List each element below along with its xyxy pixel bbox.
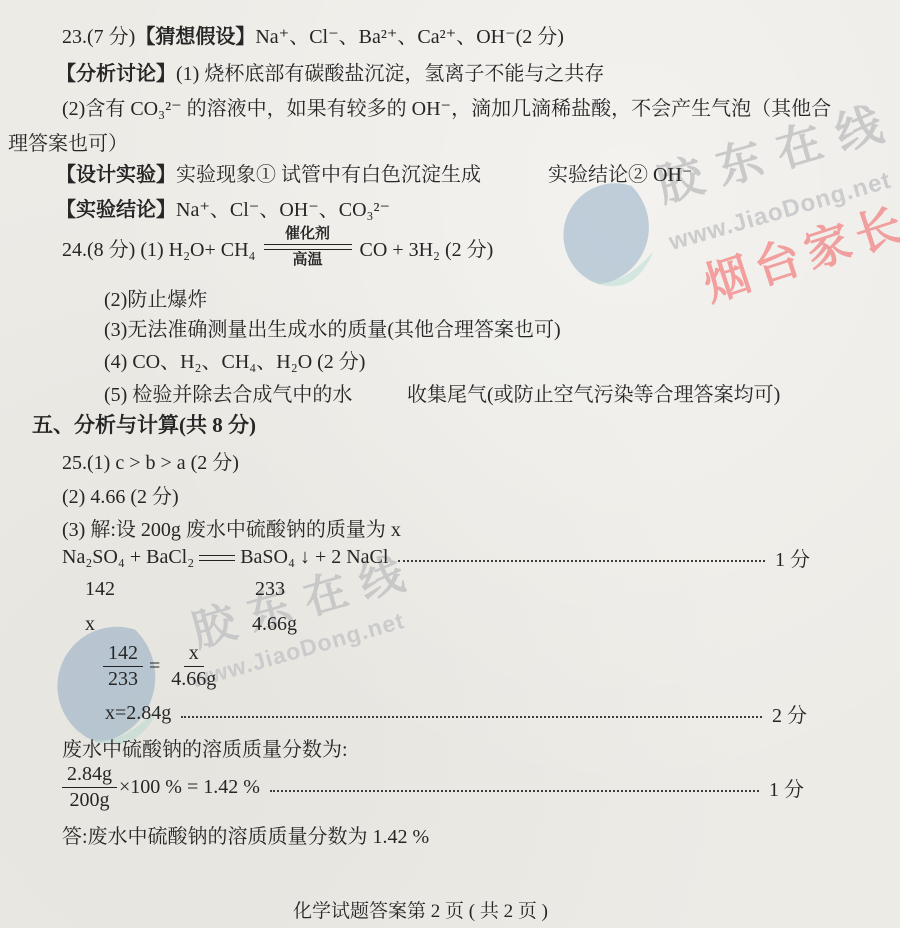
q24-answer-2: (2)防止爆炸 xyxy=(104,283,207,312)
q25-equation-rhs: BaSO₄ ↓ + 2 NaCl xyxy=(240,546,388,569)
fraction-numerator: 2.84g xyxy=(62,762,117,788)
molar-mass-233: 233 xyxy=(255,578,285,601)
q24-equation-line: 24.(8 分) (1) H₂O+ CH₄ 催化剂 高温 CO + 3H₂ (2… xyxy=(62,221,493,273)
q25-answer-2: (2) 4.66 (2 分) xyxy=(62,480,179,509)
q23-design-line: 【设计实验】实验现象① 试管中有白色沉淀生成 xyxy=(56,158,481,187)
section-5-title: 五、分析与计算(共 8 分) xyxy=(32,409,256,439)
q24-answer-3: (3)无法准确测量出生成水的质量(其他合理答案也可) xyxy=(104,313,561,342)
fraction-284-200: 2.84g 200g xyxy=(62,762,117,813)
score-badge: 2 分 xyxy=(772,699,807,728)
jiaodong-logo-icon xyxy=(551,171,659,299)
q23-conclusion-line: 【实验结论】Na⁺、Cl⁻、OH⁻、CO₃²⁻ xyxy=(56,193,390,222)
fraction-denominator: 233 xyxy=(103,667,143,692)
q24-answer-4: (4) CO、H₂、CH₄、H₂O (2 分) xyxy=(104,345,365,374)
q23-number: 23.(7 分) xyxy=(62,26,135,48)
fraction-numerator: 142 xyxy=(103,641,143,667)
watermark-url-text: www.JiaoDong.net xyxy=(666,167,895,257)
q23-guess-label: 【猜想假设】 xyxy=(135,26,255,48)
q23-design-conclusion: 实验结论② OH⁻ xyxy=(548,158,692,187)
fraction-142-233: 142 233 xyxy=(103,641,143,692)
unknown-x: x xyxy=(85,613,95,636)
equals-double-line xyxy=(199,555,235,561)
fraction-x-466: x 4.66g xyxy=(166,641,221,692)
precipitate-mass: 4.66g xyxy=(252,613,297,636)
q24-answer-5b: 收集尾气(或防止空气污染等合理答案均可) xyxy=(407,378,780,407)
q23-conclusion-label: 【实验结论】 xyxy=(56,199,176,221)
q23-analysis-line-2: (2)含有 CO₃²⁻ 的溶液中，如果有较多的 OH⁻，滴加几滴稀盐酸，不会产生… xyxy=(62,92,831,121)
proportion-equation: 142 233 = x 4.66g xyxy=(103,641,221,692)
fraction-numerator: x xyxy=(184,641,204,667)
q24-equation-rhs: CO + 3H₂ (2 分) xyxy=(360,233,494,262)
scanned-answer-page: 胶东在线 www.JiaoDong.net 烟台家长圈 胶东在线 www.Jia… xyxy=(0,0,900,928)
molar-mass-142: 142 xyxy=(85,578,115,601)
mass-fraction-calculation-row: 2.84g 200g ×100 % = 1.42 % 1 分 xyxy=(62,762,804,813)
reaction-condition-stack: 催化剂 高温 xyxy=(264,226,352,269)
dotted-leader xyxy=(398,560,765,562)
double-bond-line xyxy=(264,244,352,250)
page-footer: 化学试题答案第 2 页 ( 共 2 页 ) xyxy=(293,896,548,923)
mass-fraction-intro: 废水中硫酸钠的溶质质量分数为: xyxy=(62,733,348,762)
catalyst-condition: 催化剂 xyxy=(285,226,330,243)
equals-sign: = xyxy=(149,655,160,678)
x-result-value: x=2.84g xyxy=(105,702,171,725)
calculation-result: ×100 % = 1.42 % xyxy=(119,776,260,799)
q23-guess-ions: Na⁺、Cl⁻、Ba²⁺、Ca²⁺、OH⁻(2 分) xyxy=(255,26,564,48)
fraction-denominator: 4.66g xyxy=(166,667,221,692)
q23-conclusion-ions: Na⁺、Cl⁻、OH⁻、CO₃²⁻ xyxy=(176,199,390,221)
q23-analysis-1-text: (1) 烧杯底部有碳酸盐沉淀，氢离子不能与之共存 xyxy=(176,63,604,85)
q23-analysis-label: 【分析讨论】 xyxy=(56,63,176,85)
q23-hypothesis-line: 23.(7 分)【猜想假设】Na⁺、Cl⁻、Ba²⁺、Ca²⁺、OH⁻(2 分) xyxy=(62,20,564,49)
score-badge: 1 分 xyxy=(769,773,804,802)
q25-answer-1: 25.(1) c > b > a (2 分) xyxy=(62,446,239,475)
q25-equation-lhs: Na₂SO₄ + BaCl₂ xyxy=(62,546,194,569)
q23-design-observation: 实验现象① 试管中有白色沉淀生成 xyxy=(176,164,481,186)
watermark-community-text: 烟台家长圈 xyxy=(694,170,900,315)
final-answer-line: 答:废水中硫酸钠的溶质质量分数为 1.42 % xyxy=(62,820,429,849)
dotted-leader xyxy=(270,790,759,792)
q23-analysis-line-1: 【分析讨论】(1) 烧杯底部有碳酸盐沉淀，氢离子不能与之共存 xyxy=(56,57,604,86)
q24-equation-lhs: 24.(8 分) (1) H₂O+ CH₄ xyxy=(62,233,256,262)
score-badge: 1 分 xyxy=(775,543,810,572)
q24-answer-5: (5) 检验并除去合成气中的水 xyxy=(104,378,352,407)
q25-solution-setup: (3) 解:设 200g 废水中硫酸钠的质量为 x xyxy=(62,513,401,542)
q25-chemical-equation-row: Na₂SO₄ + BaCl₂ BaSO₄ ↓ + 2 NaCl 1 分 xyxy=(62,543,810,572)
dotted-leader xyxy=(181,716,762,718)
fraction-denominator: 200g xyxy=(65,788,115,813)
x-result-row: x=2.84g 2 分 xyxy=(105,699,807,728)
q23-design-label: 【设计实验】 xyxy=(56,164,176,186)
q23-analysis-line-2-cont: 理答案也可） xyxy=(8,127,128,156)
temperature-condition: 高温 xyxy=(293,252,323,269)
